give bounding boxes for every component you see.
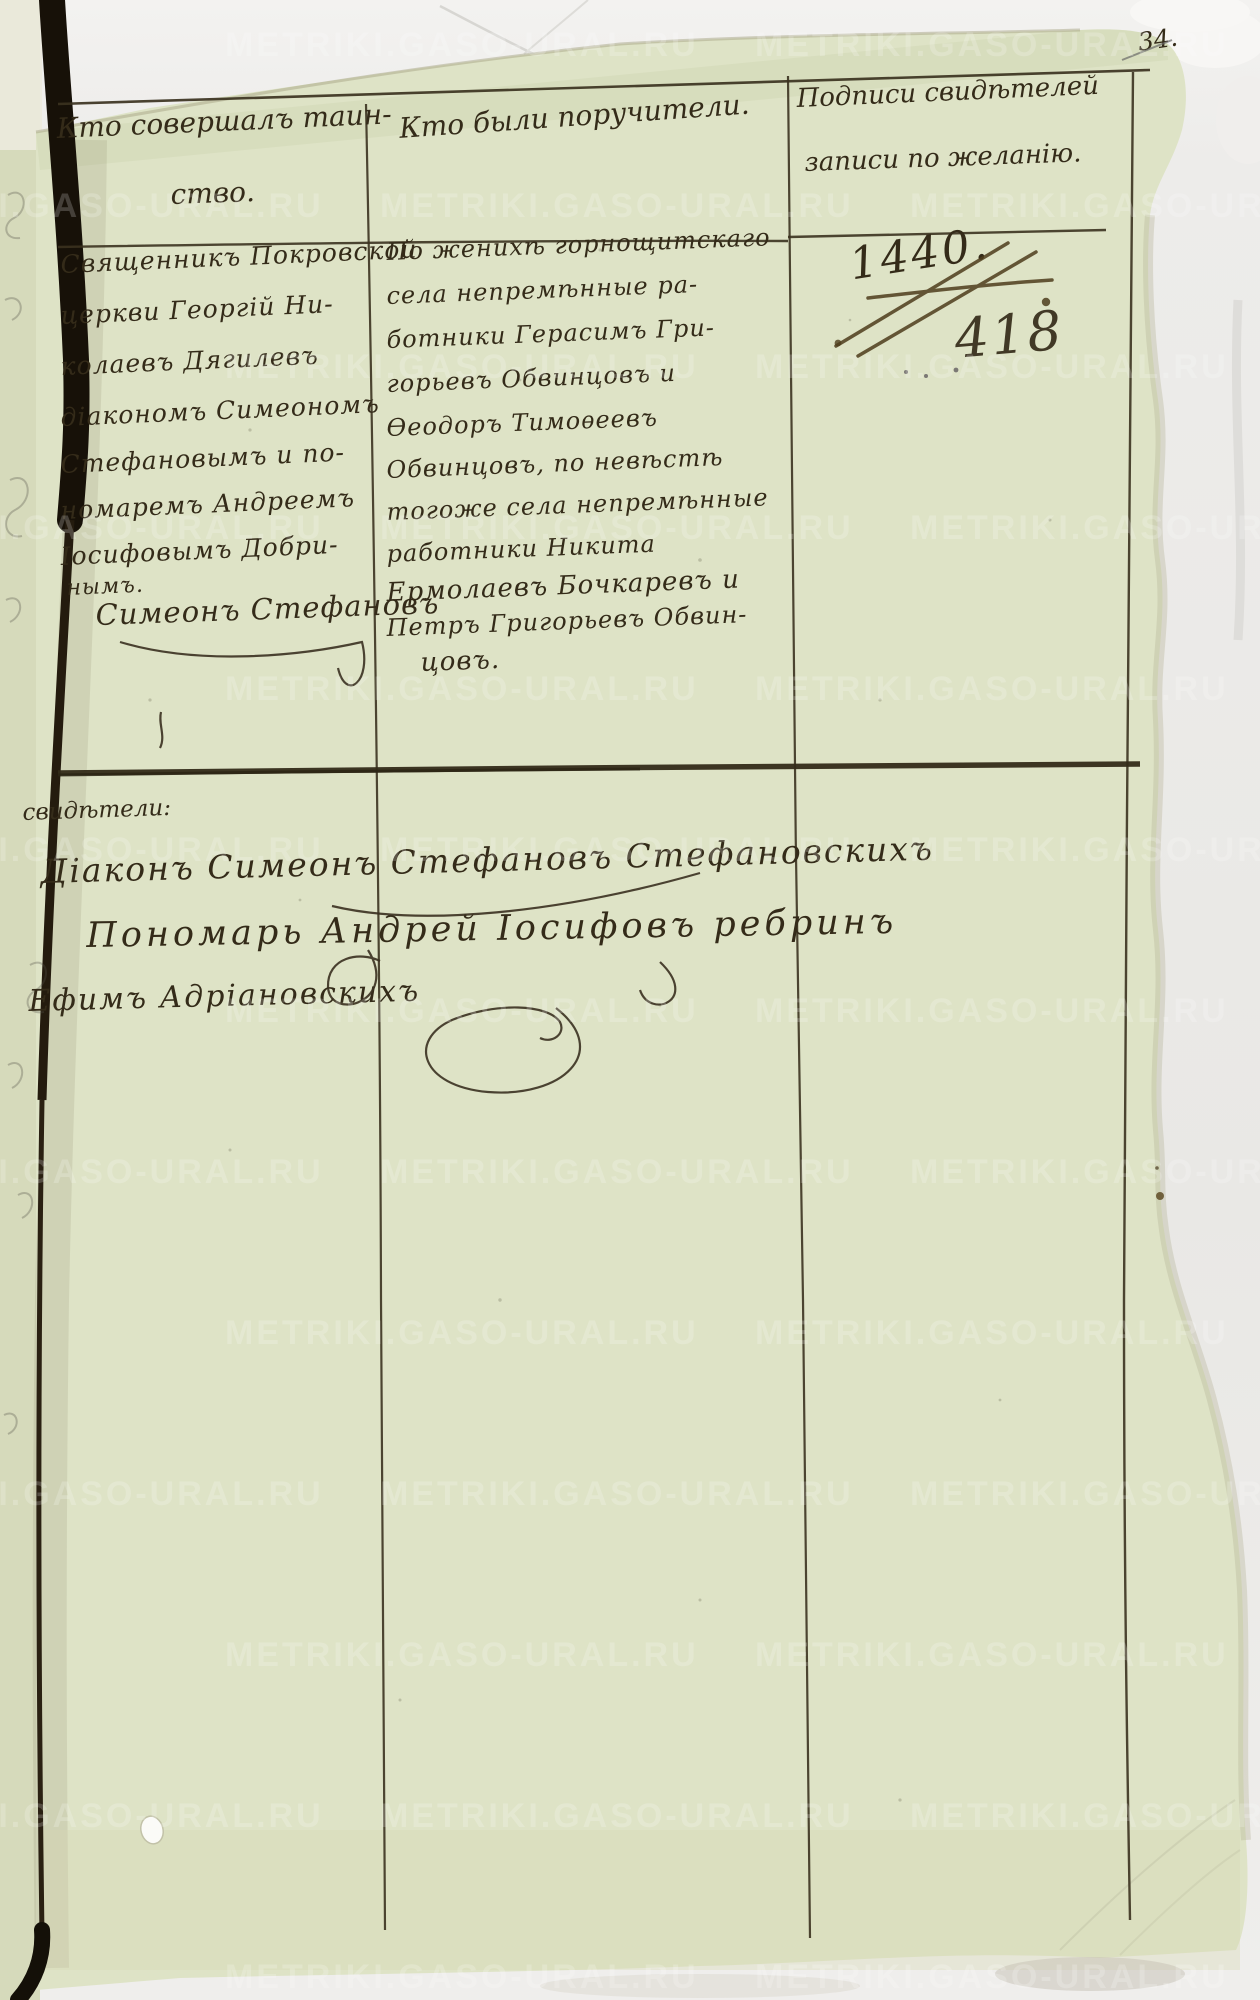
column3-header-line: Подписи свидѣтелей [796,71,1099,114]
officiant-line: колаевъ Дягилевъ [60,341,319,381]
column2-header-line: Кто были поручители. [398,88,750,145]
officiant-line: Іосифовымъ Добри- [60,530,339,571]
crossed-out-record-number: 1440. [846,218,993,290]
officiant-line: Стефановымъ и по- [60,438,346,479]
witness-signature: Діаконъ Симеонъ Стефановъ Стефановскихъ [40,829,934,891]
officiant-line: номаремъ Андреемъ [60,483,356,525]
column1-header-line: Кто совершалъ таин- [56,97,392,145]
handwriting-layer: Кто совершалъ таин- ство. Кто были поруч… [0,0,1260,2000]
pencil-record-number: 418 [952,298,1066,370]
column1-header-line: ство. [170,175,255,211]
witnesses-label: свидѣтели: [22,795,171,826]
guarantor-line: села непремѣнные ра- [386,270,699,310]
guarantor-line: горьевъ Обвинцовъ и [386,359,676,398]
column3-header-line: записи по желанію. [804,138,1082,178]
guarantor-line: цовъ. [420,645,501,678]
guarantor-line: По женихѣ горнощитскаго [386,223,771,266]
page-number: 34. [1136,22,1179,56]
witness-signature: Ефимъ Адріановскихъ [28,974,421,1019]
guarantor-line: Петръ Григорьевъ Обвин- [386,600,748,642]
guarantor-line: Обвинцовъ, по невѣстѣ [386,443,724,484]
guarantor-line: тогоже села непремѣнные [386,483,769,526]
officiant-line: діакономъ Симеономъ [60,389,380,432]
guarantor-line: ботники Герасимъ Гри- [386,313,715,354]
witness-signature: Пономарь Андрей Іосифовъ ребринъ [86,902,897,956]
guarantor-line: Ѳеодоръ Тимоѳеевъ [386,404,658,442]
officiant-line: церкви Георгій Ни- [60,289,334,330]
officiant-line: Священникъ Покровской [60,234,418,279]
metrical-book-scan: Кто совершалъ таин- ство. Кто были поруч… [0,0,1260,2000]
guarantor-line: работники Никита [386,530,656,568]
